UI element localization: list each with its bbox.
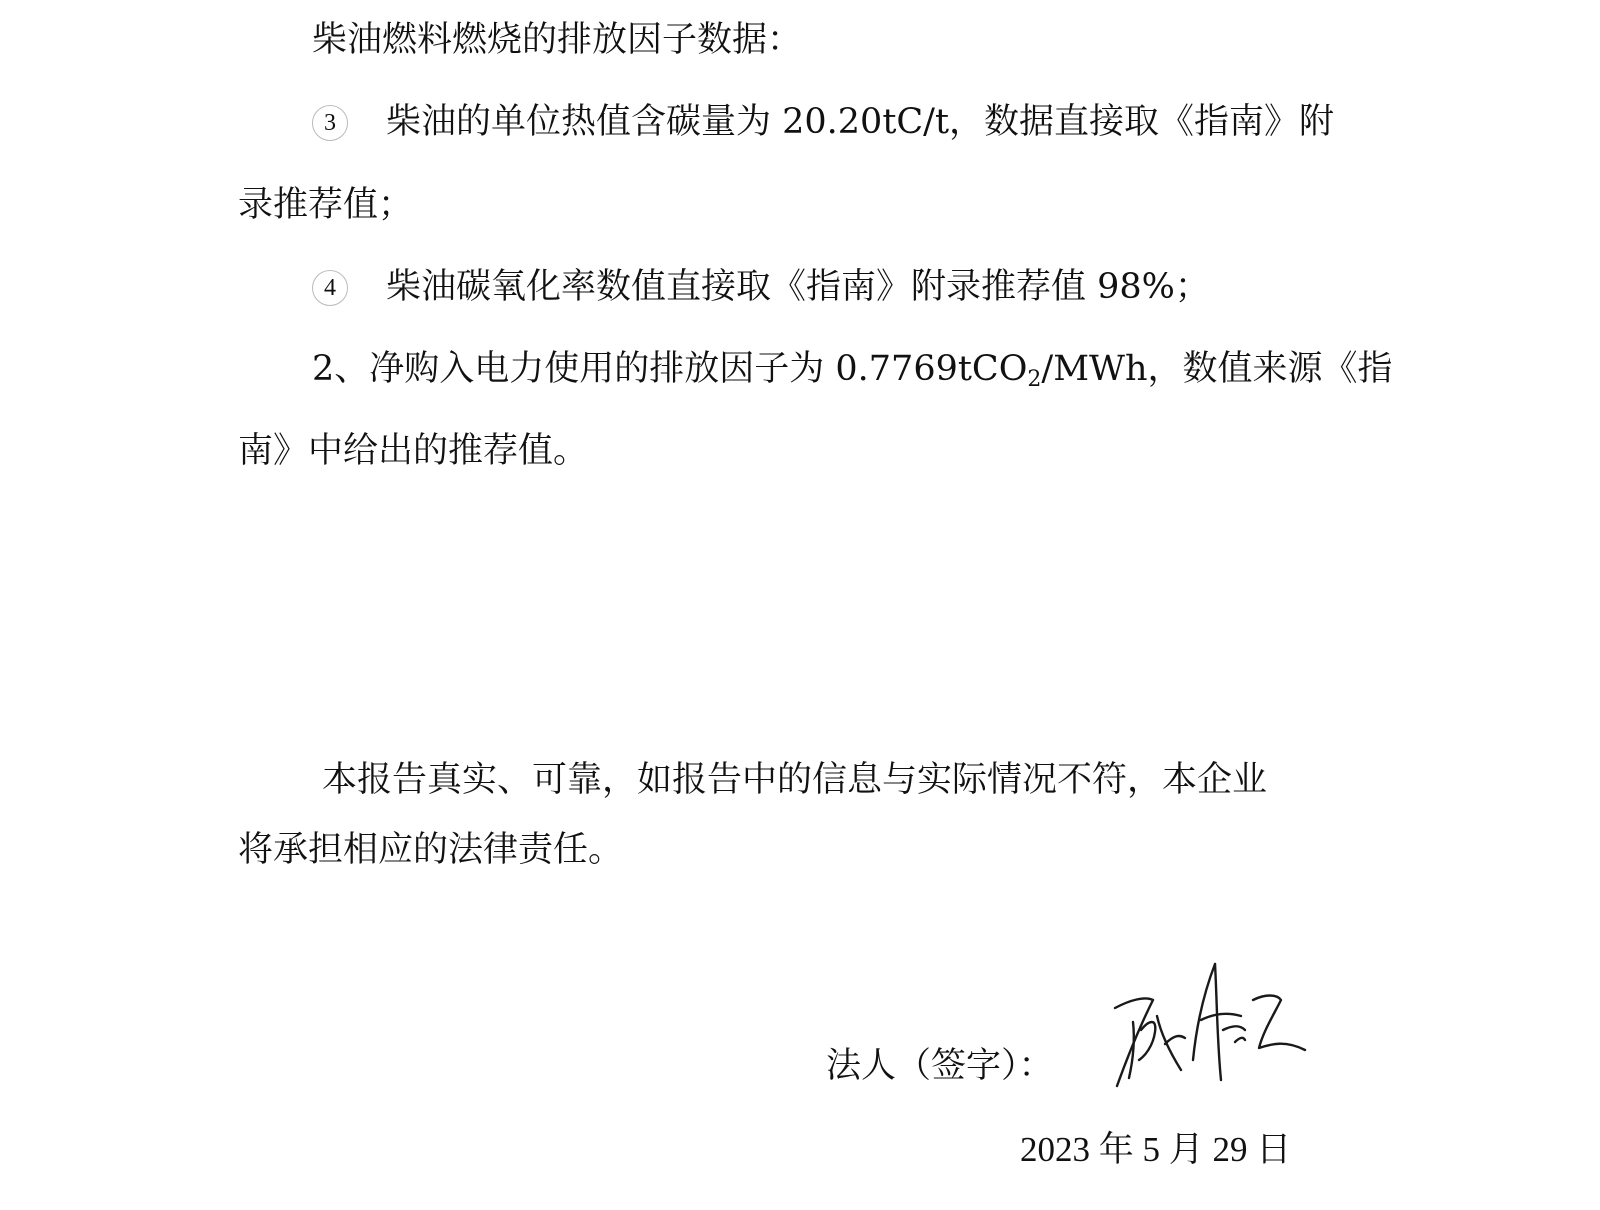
signature-label: 法人（签字）： xyxy=(826,1044,1054,1088)
point-2-line-1: 2、净购入电力使用的排放因子为 0.7769tCO2/MWh，数值来源《指 xyxy=(312,347,1393,391)
item-3-line-1: 3柴油的单位热值含碳量为 20.20tC/t，数据直接取《指南》附 xyxy=(312,100,1334,144)
handwritten-signature xyxy=(1105,960,1315,1100)
circled-number-4: 4 xyxy=(312,270,348,306)
emission-factor-heading: 柴油燃料燃烧的排放因子数据： xyxy=(312,18,802,62)
signature-date: 2023 年 5 月 29 日 xyxy=(1020,1128,1291,1172)
item-3-line-2: 录推荐值； xyxy=(238,183,413,227)
item-4-text: 柴油碳氧化率数值直接取《指南》附录推荐值 98%； xyxy=(386,267,1210,307)
point-2-line-2: 南》中给出的推荐值。 xyxy=(238,429,588,473)
co2-subscript: 2 xyxy=(1027,367,1041,392)
declaration-line-1: 本报告真实、可靠，如报告中的信息与实际情况不符，本企业 xyxy=(322,758,1267,802)
point-2-prefix: 2、净购入电力使用的排放因子为 0.7769tCO xyxy=(312,349,1027,389)
declaration-line-2: 将承担相应的法律责任。 xyxy=(238,828,623,872)
point-2-suffix: /MWh，数值来源《指 xyxy=(1041,349,1392,389)
item-4-line-1: 4柴油碳氧化率数值直接取《指南》附录推荐值 98%； xyxy=(312,265,1210,309)
item-3-text: 柴油的单位热值含碳量为 20.20tC/t，数据直接取《指南》附 xyxy=(386,102,1334,142)
circled-number-3: 3 xyxy=(312,105,348,141)
